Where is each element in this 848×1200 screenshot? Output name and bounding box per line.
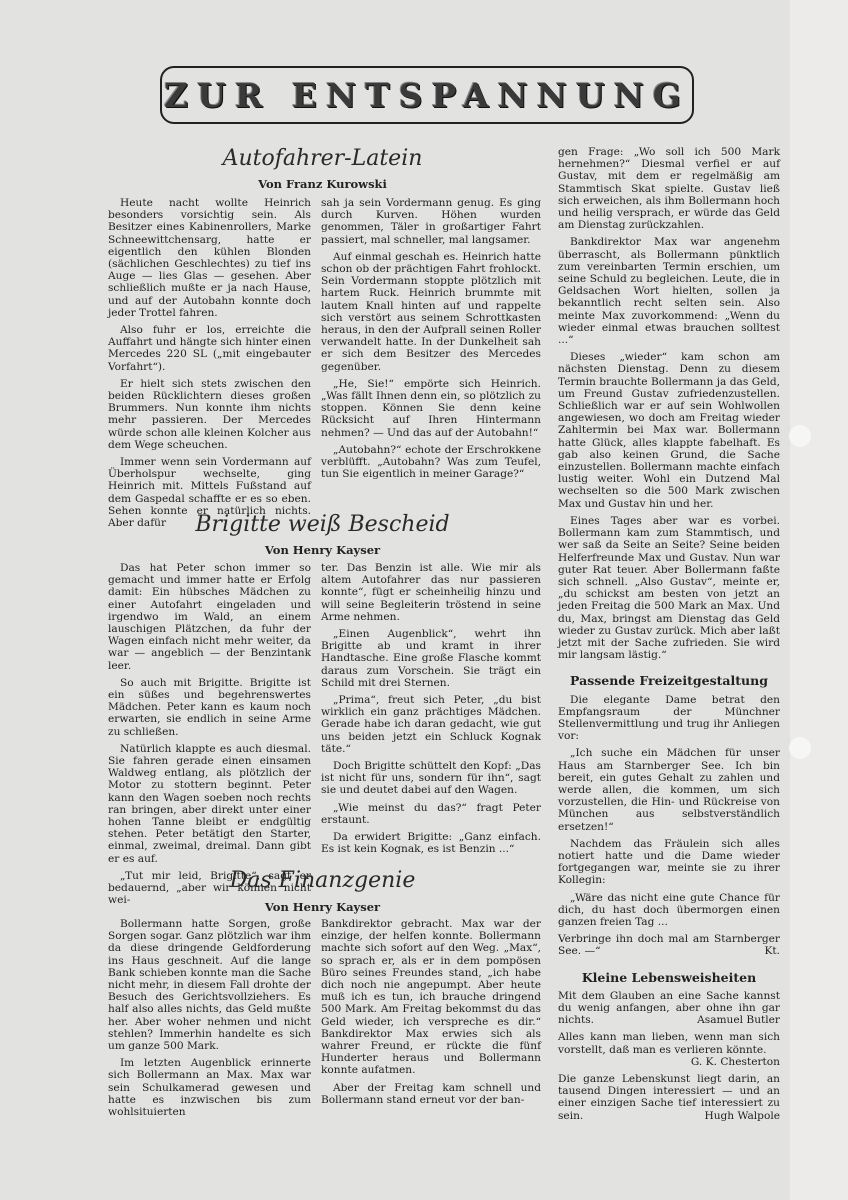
column-finanzgenie-1: Bollermann hatte Sorgen, große Sorgen so… <box>108 918 311 1123</box>
paragraph: „Autobahn?“ echote der Erschrokkene verb… <box>321 444 541 481</box>
paragraph: Bankdirektor gebracht. Max war der einzi… <box>321 918 541 1077</box>
quote-author: G. K. Chesterton <box>691 1056 780 1068</box>
byline-autofahrer: Von Franz Kurowski <box>110 177 535 191</box>
paragraph: Heute nacht wollte Heinrich besonders vo… <box>108 197 311 319</box>
paragraph: Doch Brigitte schüttelt den Kopf: „Das i… <box>321 760 541 797</box>
magazine-page: ZUR ENTSPANNUNG Autofahrer-Latein Von Fr… <box>0 0 848 1200</box>
column-autofahrer-1: Heute nacht wollte Heinrich besonders vo… <box>108 197 311 534</box>
story-title-finanzgenie: Das Finanzgenie <box>110 868 535 893</box>
paragraph: Auf einmal geschah es. Heinrich hatte sc… <box>321 251 541 373</box>
paragraph: Da erwidert Brigitte: „Ganz einfach. Es … <box>321 831 541 855</box>
paragraph: Dieses „wieder“ kam schon am nächsten Di… <box>558 351 780 510</box>
column-finanzgenie-2: Bankdirektor gebracht. Max war der einzi… <box>321 918 541 1111</box>
paragraph: ter. Das Benzin ist alle. Wie mir als al… <box>321 562 541 623</box>
paragraph: So auch mit Brigitte. Brigitte ist ein s… <box>108 677 311 738</box>
paragraph: „Wäre das nicht eine gute Chance für dic… <box>558 892 780 929</box>
paragraph: Eines Tages aber war es vorbei. Bollerma… <box>558 515 780 661</box>
quote: Alles kann man lieben, wenn man sich vor… <box>558 1031 780 1068</box>
quote: Die ganze Lebenskunst liegt darin, an ta… <box>558 1073 780 1122</box>
paragraph: Er hielt sich stets zwischen den beiden … <box>108 378 311 451</box>
paragraph: „He, Sie!“ empörte sich Heinrich. „Was f… <box>321 378 541 439</box>
byline-brigitte: Von Henry Kayser <box>110 543 535 557</box>
column-autofahrer-2: sah ja sein Vordermann genug. Es ging du… <box>321 197 541 485</box>
quote-author: Hugh Walpole <box>704 1110 780 1122</box>
paragraph: Im letzten Augenblick erinnerte sich Bol… <box>108 1057 311 1118</box>
punch-hole-top <box>789 425 811 447</box>
paragraph: Natürlich klappte es auch diesmal. Sie f… <box>108 743 311 865</box>
byline-finanzgenie: Von Henry Kayser <box>110 900 535 914</box>
page-edge <box>790 0 848 1200</box>
punch-hole-bottom <box>789 737 811 759</box>
paragraph: Bollermann hatte Sorgen, große Sorgen so… <box>108 918 311 1052</box>
story-title-brigitte: Brigitte weiß Bescheid <box>110 512 535 537</box>
quote-text: Alles kann man lieben, wenn man sich vor… <box>558 1031 780 1055</box>
paragraph: „Prima“, freut sich Peter, „du bist wirk… <box>321 694 541 755</box>
paragraph: „Ich suche ein Mädchen für unser Haus am… <box>558 747 780 832</box>
story-title-autofahrer: Autofahrer-Latein <box>110 146 535 171</box>
signature: Kt. <box>764 945 780 957</box>
paragraph: Also fuhr er los, erreichte die Auffahrt… <box>108 324 311 373</box>
paragraph: Bankdirektor Max war angenehm überrascht… <box>558 236 780 346</box>
paragraph-with-signature: Verbringe ihn doch mal am Starnberger Se… <box>558 933 780 957</box>
paragraph: „Wie meinst du das?“ fragt Peter erstaun… <box>321 802 541 826</box>
paragraph: gen Frage: „Wo soll ich 500 Mark hernehm… <box>558 146 780 231</box>
paragraph-text: Verbringe ihn doch mal am Starnberger Se… <box>558 933 780 957</box>
paragraph: Aber der Freitag kam schnell und Bollerm… <box>321 1082 541 1106</box>
paragraph: Das hat Peter schon immer so gemacht und… <box>108 562 311 672</box>
paragraph: Die elegante Dame betrat den Empfangsrau… <box>558 694 780 743</box>
story-title-weisheiten: Kleine Lebensweisheiten <box>558 972 780 984</box>
quote-author: Asamuel Butler <box>697 1014 780 1026</box>
story-title-freizeit: Passende Freizeitgestaltung <box>558 675 780 687</box>
quote: Mit dem Glauben an eine Sache kannst du … <box>558 990 780 1027</box>
paragraph: sah ja sein Vordermann genug. Es ging du… <box>321 197 541 246</box>
paragraph: Nachdem das Fräulein sich alles notiert … <box>558 838 780 887</box>
column-brigitte-2: ter. Das Benzin ist alle. Wie mir als al… <box>321 562 541 860</box>
section-title: ZUR ENTSPANNUNG <box>164 76 690 115</box>
column-right: gen Frage: „Wo soll ich 500 Mark hernehm… <box>558 146 780 1127</box>
column-brigitte-1: Das hat Peter schon immer so gemacht und… <box>108 562 311 911</box>
section-masthead: ZUR ENTSPANNUNG <box>160 66 694 124</box>
paragraph: „Einen Augenblick“, wehrt ihn Brigitte a… <box>321 628 541 689</box>
